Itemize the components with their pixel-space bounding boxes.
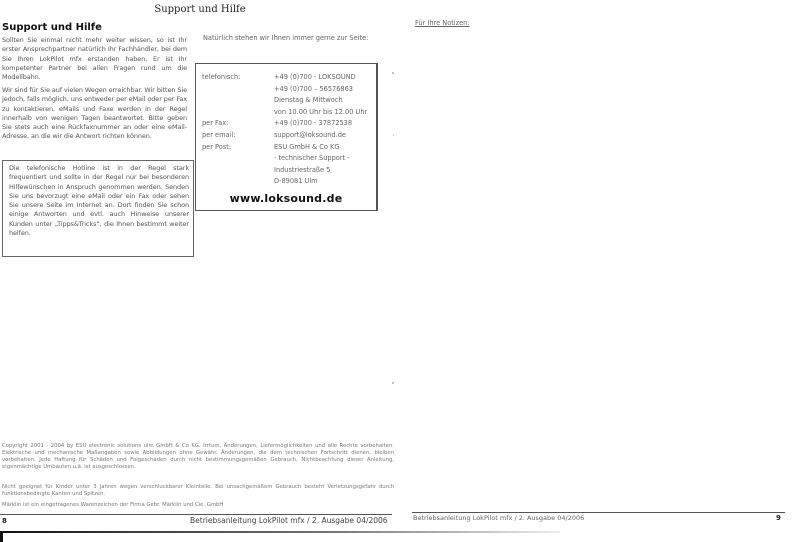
contact-row: Dienstag & Mittwoch xyxy=(202,96,343,104)
contact-value: D-89081 Ulm xyxy=(274,177,318,185)
footer-rule-left xyxy=(0,514,392,515)
running-head: Support und Hilfe xyxy=(0,4,400,15)
contact-row: - technischer Support - xyxy=(202,154,350,162)
footer-text-right: Betriebsanleitung LokPilot mfx / 2. Ausg… xyxy=(413,514,584,522)
paragraph-dealer: Sollten Sie einmal nicht mehr weiter wis… xyxy=(2,36,187,82)
legal-trademark: Märklin ist ein eingetragenes Warenzeich… xyxy=(2,502,394,509)
contact-row: +49 (0)700 – 56576863 xyxy=(202,85,353,93)
contact-value: - technischer Support - xyxy=(274,154,350,162)
footer-rule-right xyxy=(412,512,785,513)
paragraph-contact-ways: Wir sind für Sie auf vielen Wegen erreic… xyxy=(2,86,187,142)
contact-value: Industriestraße 5 xyxy=(274,166,330,174)
contact-value[interactable]: support@loksound.de xyxy=(274,131,346,139)
contact-row: Industriestraße 5 xyxy=(202,166,330,174)
contact-row: per Post:ESU GmbH & Co KG xyxy=(202,143,339,151)
contact-label: per Post: xyxy=(202,143,274,151)
contact-intro: Natürlich stehen wir Ihnen immer gerne z… xyxy=(203,33,373,43)
page-number-right: 9 xyxy=(776,514,781,522)
contact-label: telefonisch: xyxy=(202,73,274,81)
contact-row: von 10.00 Uhr bis 12.00 Uhr xyxy=(202,108,367,116)
contact-label: per Fax: xyxy=(202,119,274,127)
contact-value: von 10.00 Uhr bis 12.00 Uhr xyxy=(274,108,367,116)
legal-copyright: Copyright 2001 - 2004 by ESU electronic … xyxy=(2,443,394,471)
contact-value: +49 (0)700 – 56576863 xyxy=(274,85,353,93)
contact-row: per Fax:+49 (0)700 - 37872538 xyxy=(202,119,352,127)
contact-label: per email: xyxy=(202,131,274,139)
scan-edge-corner xyxy=(0,531,3,542)
scan-speck xyxy=(393,135,394,136)
contact-value: +49 (0)700 - LOKSOUND xyxy=(274,73,356,81)
footer-text-left: Betriebsanleitung LokPilot mfx / 2. Ausg… xyxy=(190,516,388,525)
page-number-left: 8 xyxy=(2,517,7,525)
contact-value: +49 (0)700 - 37872538 xyxy=(274,119,352,127)
scan-speck xyxy=(392,382,394,384)
scan-speck xyxy=(392,72,394,74)
contact-row: D-89081 Ulm xyxy=(202,177,318,185)
contact-row: telefonisch:+49 (0)700 - LOKSOUND xyxy=(202,73,356,81)
contact-row: per email:support@loksound.de xyxy=(202,131,346,139)
legal-safety-warning: Nicht geeignet für Kinder unter 3 Jahren… xyxy=(2,484,394,498)
contact-value: Dienstag & Mittwoch xyxy=(274,96,343,104)
scan-edge-shadow xyxy=(0,531,560,533)
contact-box: D-89081 UlmIndustriestraße 5- technische… xyxy=(195,63,378,211)
notes-title: Für Ihre Notizen: xyxy=(415,19,470,27)
contact-value: ESU GmbH & Co KG xyxy=(274,143,339,151)
hotline-note-box: Die telefonische Hotline ist in der Rege… xyxy=(2,160,194,257)
hotline-note-text: Die telefonische Hotline ist in der Rege… xyxy=(9,164,189,238)
website-link[interactable]: www.loksound.de xyxy=(196,192,376,205)
section-title: Support und Hilfe xyxy=(2,22,102,33)
